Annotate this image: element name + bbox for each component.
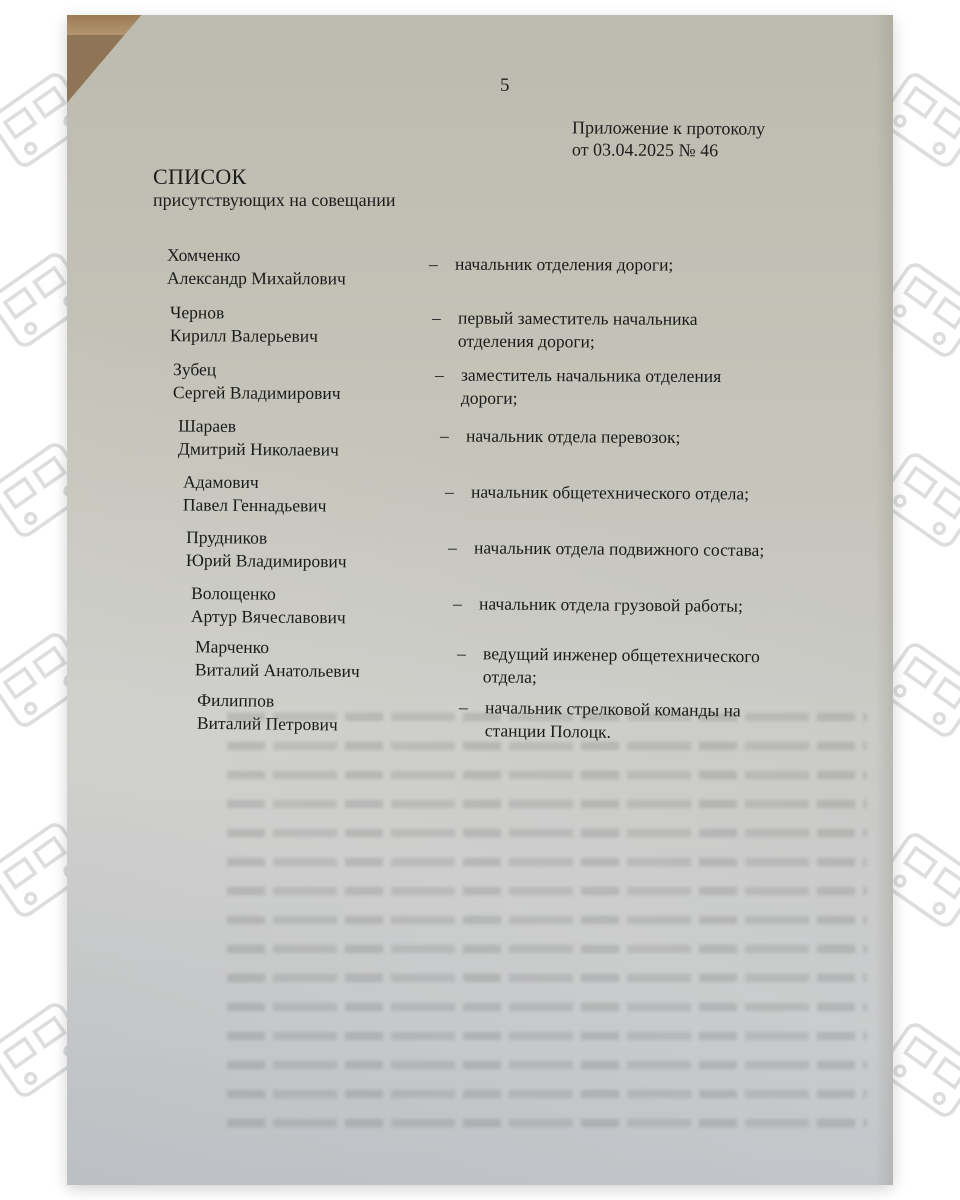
attendee-surname: Адамович <box>183 471 433 496</box>
attendee-role-line-2: отделения дороги; <box>458 330 818 355</box>
attendee-name: ЗубецСергей Владимирович <box>173 358 423 405</box>
attendee-row: АдамовичПавел Геннадьевич–начальник обще… <box>183 471 883 526</box>
separator-dash: – <box>435 364 444 387</box>
attendee-role: начальник отдела перевозок; <box>466 425 826 451</box>
attendee-name: ХомченкоАлександр Михайлович <box>167 244 417 291</box>
separator-dash: – <box>448 536 457 559</box>
attendee-role-line-2: отдела; <box>483 665 843 692</box>
attendee-row: ХомченкоАлександр Михайлович–начальник о… <box>167 244 867 296</box>
attendee-role-line-1: начальник общетехнического отдела; <box>471 481 831 507</box>
attendee-given-names: Кирилл Валерьевич <box>170 324 420 348</box>
separator-dash: – <box>432 307 441 330</box>
attendee-given-names: Александр Михайлович <box>167 267 417 291</box>
attendee-row: ШараевДмитрий Николаевич–начальник отдел… <box>178 415 878 470</box>
attendee-role: первый заместитель начальникаотделения д… <box>458 307 818 355</box>
attendee-row: ЗубецСергей Владимирович–заместитель нач… <box>173 358 873 412</box>
separator-dash: – <box>429 253 438 276</box>
attendee-role: начальник отделения дороги; <box>455 253 815 277</box>
attendee-surname: Марченко <box>195 635 445 661</box>
attendee-role-line-1: начальник отдела подвижного состава; <box>474 536 834 562</box>
attendee-surname: Чернов <box>170 301 420 325</box>
attendee-given-names: Сергей Владимирович <box>173 381 423 405</box>
attendee-surname: Прудников <box>186 526 436 551</box>
attendee-role: ведущий инженер общетехническогоотдела; <box>483 642 843 692</box>
attendee-surname: Волощенко <box>191 582 441 607</box>
attendee-given-names: Юрий Владимирович <box>186 549 436 574</box>
attendee-name: ЧерновКирилл Валерьевич <box>170 301 420 348</box>
attendee-given-names: Виталий Анатольевич <box>195 658 445 684</box>
attendee-role-line-1: заместитель начальника отделения <box>461 364 821 389</box>
attendee-role: начальник отдела подвижного состава; <box>474 536 834 562</box>
attendee-row: ПрудниковЮрий Владимирович–начальник отд… <box>186 526 886 582</box>
attendee-given-names: Дмитрий Николаевич <box>178 438 428 463</box>
separator-dash: – <box>440 424 449 447</box>
attendee-name: АдамовичПавел Геннадьевич <box>183 471 433 519</box>
attendee-role-line-1: ведущий инженер общетехнического <box>483 642 843 669</box>
document-photo: 5 Приложение к протоколу от 03.04.2025 №… <box>67 15 893 1185</box>
attendee-given-names: Артур Вячеславович <box>191 605 441 630</box>
attendee-row: МарченкоВиталий Анатольевич–ведущий инже… <box>195 635 893 692</box>
attendee-row: ЧерновКирилл Валерьевич–первый заместите… <box>170 301 870 355</box>
attendee-row: ВолощенкоАртур Вячеславович–начальник от… <box>191 582 891 638</box>
separator-dash: – <box>453 592 462 615</box>
attendee-role-line-1: начальник отделения дороги; <box>455 253 815 277</box>
attendee-surname: Шараев <box>178 415 428 440</box>
attendee-name: ВолощенкоАртур Вячеславович <box>191 582 441 630</box>
separator-dash: – <box>457 642 466 665</box>
attendee-role: начальник общетехнического отдела; <box>471 481 831 507</box>
attendee-role-line-1: начальник отдела перевозок; <box>466 425 826 451</box>
attendee-role-line-1: начальник отдела грузовой работы; <box>479 592 839 618</box>
attendee-surname: Хомченко <box>167 244 417 268</box>
attendee-surname: Зубец <box>173 358 423 382</box>
bleed-through-text <box>227 705 867 1140</box>
attendee-role-line-2: дороги; <box>461 387 821 412</box>
attendee-name: ПрудниковЮрий Владимирович <box>186 526 436 574</box>
attendee-name: ШараевДмитрий Николаевич <box>178 415 428 463</box>
separator-dash: – <box>445 480 454 503</box>
attendee-given-names: Павел Геннадьевич <box>183 494 433 519</box>
attendee-role-line-1: первый заместитель начальника <box>458 307 818 332</box>
attendee-name: МарченкоВиталий Анатольевич <box>195 635 445 684</box>
attendee-role: заместитель начальника отделениядороги; <box>461 364 821 412</box>
attendee-role: начальник отдела грузовой работы; <box>479 592 839 618</box>
